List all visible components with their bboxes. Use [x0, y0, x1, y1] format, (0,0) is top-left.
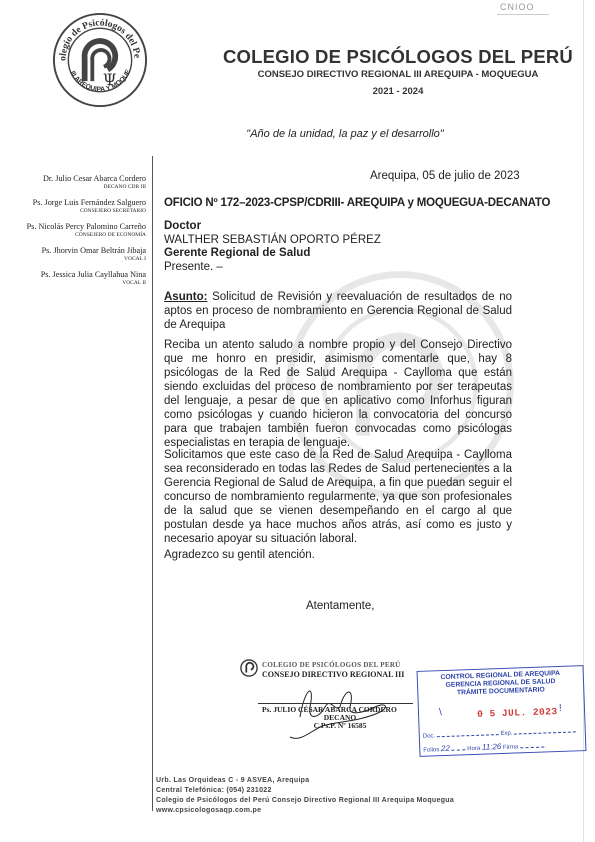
recipient-name: WALTHER SEBASTIÁN OPORTO PÉREZ [164, 234, 381, 248]
board-member: Ps. Jhorvin Omar Beltrán Jibaja VOCAL I [4, 246, 146, 263]
closing: Atentamente, [306, 600, 374, 612]
signatory-registration: C.Ps.P. Nº 16585 [300, 721, 380, 730]
member-role: CONSEJERO DE ECONOMÍA [4, 232, 146, 239]
member-role: DECANO CDR III [4, 184, 146, 191]
board-members-list: Dr. Julio Cesar Abarca Cordero DECANO CD… [4, 174, 146, 294]
stamp-hora-value: 11:26 [482, 742, 502, 752]
stamp-doc-label: Doc. [423, 733, 436, 739]
stamp-hora-label: Hora [467, 746, 480, 752]
member-name: Ps. Nicolás Percy Palomino Carreño [4, 222, 146, 232]
signature-org: COLEGIO DE PSICÓLOGOS DEL PERÚ [262, 661, 401, 669]
letter-reference: OFICIO Nº 172–2023-CPSP/CDRIII- AREQUIPA… [164, 197, 550, 209]
stamp-tick: ! [559, 703, 562, 714]
board-member: Ps. Nicolás Percy Palomino Carreño CONSE… [4, 222, 146, 239]
footer-phone: Central Telefónica: (054) 231022 [156, 786, 454, 796]
reception-stamp: CONTROL REGIONAL DE AREQUIPA GERENCIA RE… [417, 665, 587, 757]
org-period: 2021 - 2024 [218, 86, 578, 97]
svg-text:Colegio de Psicólogos del Perú: Colegio de Psicólogos del Perú [52, 12, 143, 61]
sidebar-divider [152, 156, 153, 811]
body-paragraph: Solicitamos que este caso de la Red de S… [164, 448, 512, 546]
stamp-date: 0 5 JUL. 2023 [477, 706, 558, 720]
recipient-block: Doctor WALTHER SEBASTIÁN OPORTO PÉREZ Ge… [164, 220, 381, 274]
year-motto: "Año de la unidad, la paz y el desarroll… [200, 128, 490, 140]
org-subtitle: CONSEJO DIRECTIVO REGIONAL III AREQUIPA … [218, 69, 578, 80]
member-name: Dr. Julio Cesar Abarca Cordero [4, 174, 146, 184]
footer-org: Colegio de Psicólogos del Perú Consejo D… [156, 796, 454, 806]
body-paragraph: Agradezco su gentil atención. [164, 548, 512, 562]
recipient-presente: Presente. – [164, 261, 381, 275]
member-name: Ps. Jorge Luis Fernández Salguero [4, 198, 146, 208]
board-member: Ps. Jorge Luis Fernández Salguero CONSEJ… [4, 198, 146, 215]
recipient-title: Doctor [164, 220, 381, 234]
member-name: Ps. Jessica Julia Cayllahua Nina [4, 270, 146, 280]
psi-symbol: Ψ [103, 71, 116, 89]
recipient-position: Gerente Regional de Salud [164, 247, 381, 261]
footer-website[interactable]: www.cpsicologosaqp.com.pe [156, 806, 454, 816]
board-member: Ps. Jessica Julia Cayllahua Nina VOCAL I… [4, 270, 146, 287]
corner-mark: CNIOO [500, 2, 535, 12]
member-role: VOCAL I [4, 256, 146, 263]
cpsp-mini-seal-icon [240, 659, 258, 677]
stamp-folios-row: Folios 22 Hora 11:26 Firma [423, 741, 544, 754]
subject-text: Solicitud de Revisión y reevaluación de … [164, 291, 512, 331]
stamp-doc-row: Doc. Exp. [423, 728, 576, 739]
member-role: CONSEJERO SECRETARIO [4, 208, 146, 215]
body-paragraph: Reciba un atento saludo a nombre propio … [164, 338, 512, 450]
footer-address: Urb. Las Orquideas C - 9 ASVEA, Arequipa [156, 776, 454, 786]
board-member: Dr. Julio Cesar Abarca Cordero DECANO CD… [4, 174, 146, 191]
subject-label: Asunto: [164, 291, 207, 303]
stamp-folios-label: Folios [423, 747, 439, 754]
stamp-tick: \ [439, 707, 442, 718]
stamp-firma-label: Firma [503, 744, 519, 751]
footer: Urb. Las Orquideas C - 9 ASVEA, Arequipa… [156, 776, 454, 816]
letter-date: Arequipa, 05 de julio de 2023 [370, 170, 520, 182]
member-role: VOCAL II [4, 280, 146, 287]
stamp-folios-value: 22 [441, 744, 450, 753]
seal-top-text: Colegio de Psicólogos del Perú [52, 12, 143, 61]
signature-line [258, 703, 413, 704]
member-name: Ps. Jhorvin Omar Beltrán Jibaja [4, 246, 146, 256]
org-title: COLEGIO DE PSICÓLOGOS DEL PERÚ [218, 46, 578, 68]
cpsp-seal-icon: Colegio de Psicólogos del Perú CDR III A… [52, 12, 148, 108]
subject-line: Asunto: Solicitud de Revisión y reevalua… [164, 290, 512, 332]
corner-line [497, 14, 549, 15]
stamp-exp-label: Exp. [500, 731, 512, 737]
